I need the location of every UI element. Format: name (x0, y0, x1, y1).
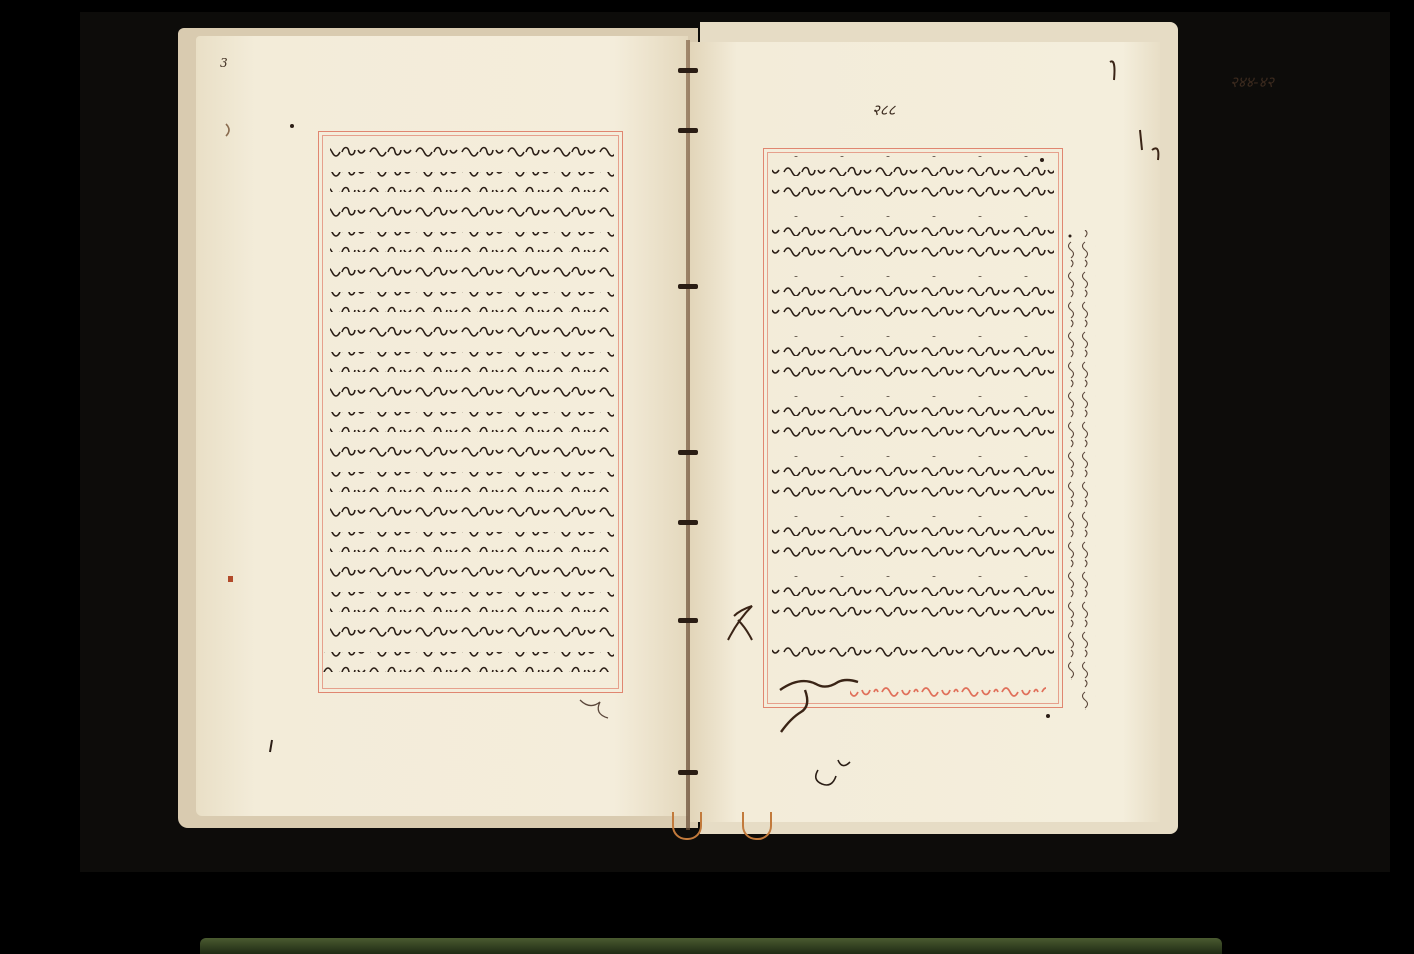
flourish (780, 680, 858, 732)
right-page-lines (772, 156, 1054, 698)
vertical-margin-note (1066, 240, 1080, 680)
left-page-lines (320, 142, 614, 672)
below-frame-note (816, 760, 850, 785)
handwritten-text (0, 0, 1414, 954)
red-rubric-line (850, 678, 1046, 698)
